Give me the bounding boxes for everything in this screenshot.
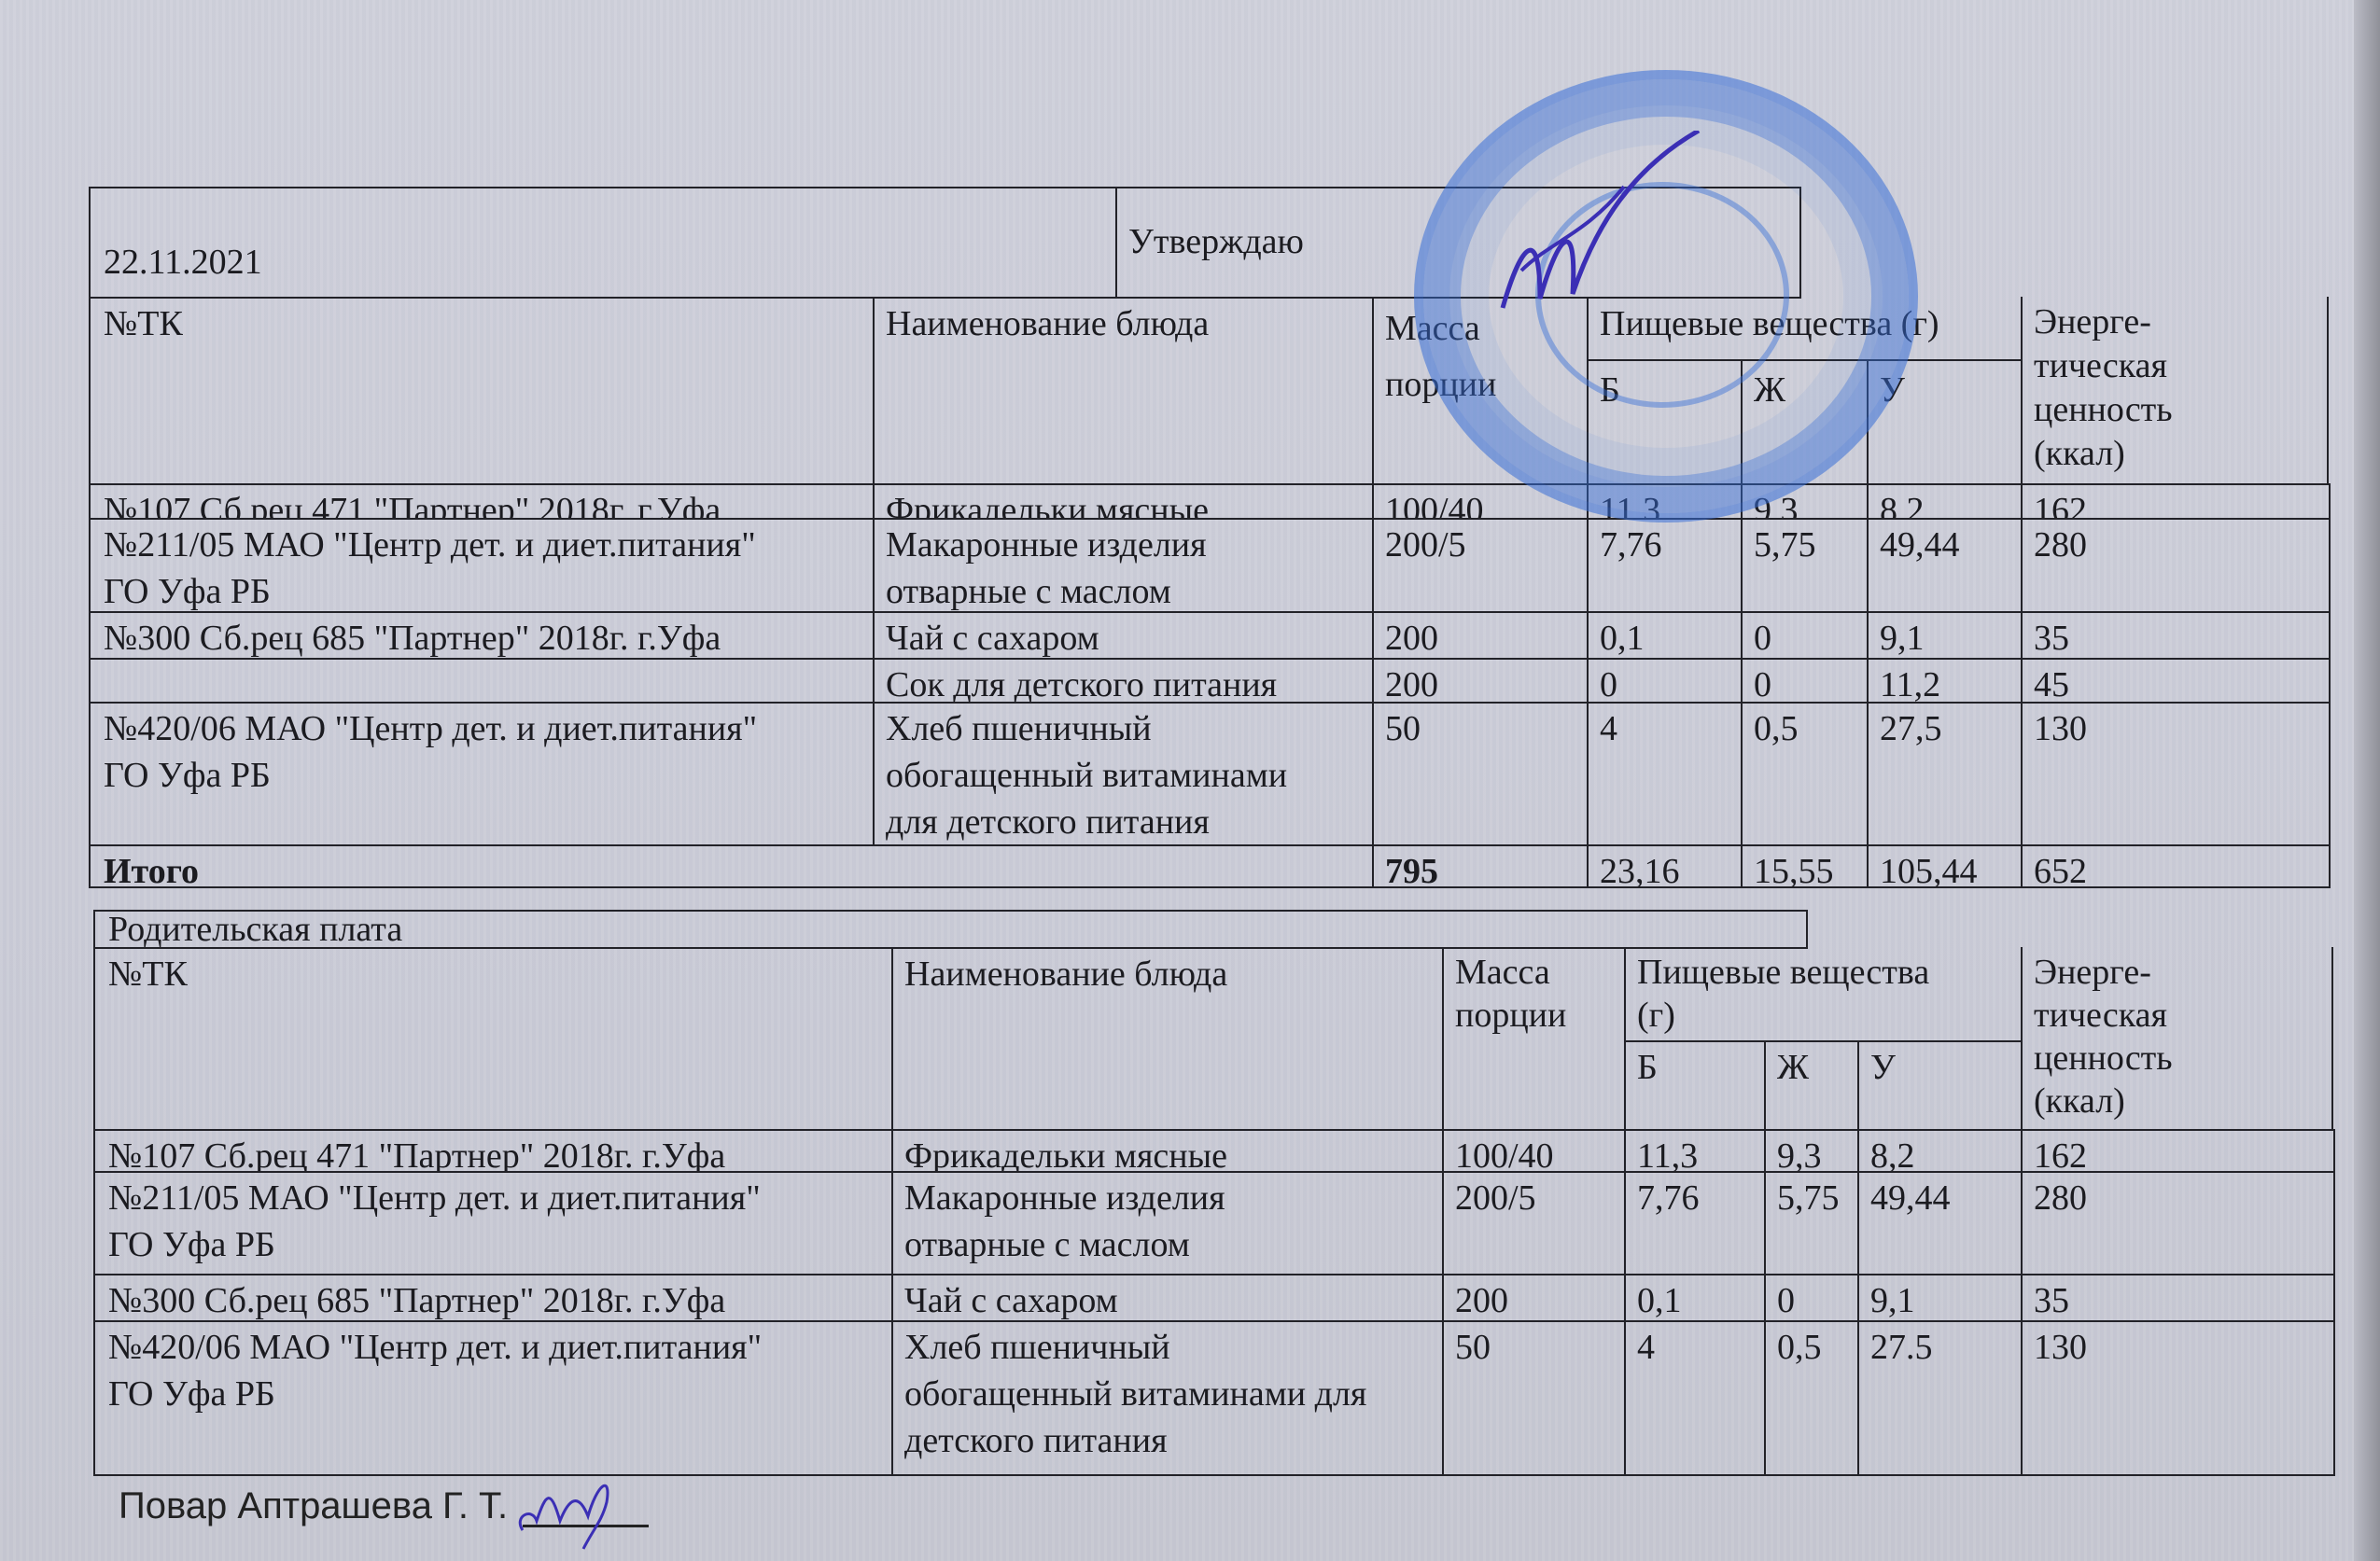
main-row-2-b: 0,1 [1587, 611, 1743, 660]
parent-row-2-energy: 35 [2021, 1274, 2335, 1322]
main-row-1-energy: 280 [2021, 518, 2331, 613]
parent-col-header-mass: Масса порции [1442, 947, 1626, 1131]
main-row-4-energy: 130 [2021, 702, 2331, 846]
parent-row-2-b: 0,1 [1624, 1274, 1766, 1322]
parent-col-header-dish: Наименование блюда [891, 947, 1444, 1131]
parent-row-3-tk: №420/06 МАО "Центр дет. и диет.питания" … [93, 1320, 893, 1476]
main-row-1-u: 49,44 [1867, 518, 2023, 613]
main-row-0-energy: 162 [2021, 483, 2331, 520]
parent-row-1-zh: 5,75 [1764, 1171, 1859, 1275]
parent-row-1-tk: №211/05 МАО "Центр дет. и диет.питания" … [93, 1171, 893, 1275]
scan-edge [2354, 0, 2380, 1561]
main-row-3-b: 0 [1587, 658, 1743, 704]
main-row-3-zh: 0 [1741, 658, 1869, 704]
main-row-4-tk: №420/06 МАО "Центр дет. и диет.питания" … [89, 702, 875, 846]
main-row-2-u: 9,1 [1867, 611, 2023, 660]
main-row-2-mass: 200 [1372, 611, 1589, 660]
parent-row-3-u: 27.5 [1857, 1320, 2023, 1476]
col-header-zh: Ж [1741, 359, 1869, 485]
parent-row-1-b: 7,76 [1624, 1171, 1766, 1275]
approval-cell: Утверждаю Директор МБОУ СОШ д. Кунгак Ша… [1115, 187, 1801, 299]
parent-row-0-u: 8,2 [1857, 1129, 2023, 1173]
main-row-3-mass: 200 [1372, 658, 1589, 704]
parent-col-header-b: Б [1624, 1040, 1766, 1131]
main-row-3-energy: 45 [2021, 658, 2331, 704]
header-date-cell: 22.11.2021 Начальные Классы, ММС [89, 187, 1117, 299]
main-row-4-dish: Хлеб пшеничный обогащенный витаминами дл… [873, 702, 1374, 846]
parent-row-3-b: 4 [1624, 1320, 1766, 1476]
main-row-2-dish: Чай с сахаром [873, 611, 1374, 660]
main-row-2-zh: 0 [1741, 611, 1869, 660]
main-row-4-zh: 0,5 [1741, 702, 1869, 846]
cook-signature-line: Повар Аптрашева Г. Т. [119, 1485, 508, 1527]
parent-col-header-nutrients: Пищевые вещества (г) [1624, 947, 2023, 1042]
main-row-4-b: 4 [1587, 702, 1743, 846]
main-row-0-u: 8,2 [1867, 483, 2023, 520]
main-row-4-u: 27,5 [1867, 702, 2023, 846]
parent-row-0-tk: №107 Сб.рец 471 "Партнер" 2018г. г.Уфа [93, 1129, 893, 1173]
parent-payment-title: Родительская плата [93, 910, 1808, 949]
main-row-3-u: 11,2 [1867, 658, 2023, 704]
parent-col-header-u: У [1857, 1040, 2023, 1131]
total-zh: 15,55 [1741, 844, 1869, 888]
main-row-1-zh: 5,75 [1741, 518, 1869, 613]
parent-row-3-energy: 130 [2021, 1320, 2335, 1476]
main-row-0-mass: 100/40 [1372, 483, 1589, 520]
signature-underline [523, 1525, 649, 1527]
col-header-tk: №ТК [89, 297, 875, 485]
main-row-3-dish: Сок для детского питания [873, 658, 1374, 704]
main-row-2-energy: 35 [2021, 611, 2331, 660]
parent-row-0-dish: Фрикадельки мясные [891, 1129, 1444, 1173]
parent-row-0-mass: 100/40 [1442, 1129, 1626, 1173]
main-row-0-tk: №107 Сб.рец 471 "Партнер" 2018г. г.Уфа [89, 483, 875, 520]
col-header-dish: Наименование блюда [873, 297, 1374, 485]
parent-col-header-zh: Ж [1764, 1040, 1859, 1131]
col-header-mass: Масса порции [1372, 297, 1589, 485]
main-row-1-tk: №211/05 МАО "Центр дет. и диет.питания" … [89, 518, 875, 613]
col-header-energy: Энерге- тическая ценность (ккал) [2021, 297, 2329, 485]
parent-row-1-mass: 200/5 [1442, 1171, 1626, 1275]
parent-row-2-zh: 0 [1764, 1274, 1859, 1322]
parent-row-1-energy: 280 [2021, 1171, 2335, 1275]
parent-row-0-zh: 9,3 [1764, 1129, 1859, 1173]
main-row-1-mass: 200/5 [1372, 518, 1589, 613]
main-row-0-dish: Фрикадельки мясные [873, 483, 1374, 520]
parent-row-3-mass: 50 [1442, 1320, 1626, 1476]
parent-row-2-mass: 200 [1442, 1274, 1626, 1322]
menu-date: 22.11.2021 [104, 239, 1102, 286]
parent-col-header-tk: №ТК [93, 947, 893, 1131]
main-row-1-dish: Макаронные изделия отварные с маслом [873, 518, 1374, 613]
parent-row-0-energy: 162 [2021, 1129, 2335, 1173]
main-row-1-b: 7,76 [1587, 518, 1743, 613]
total-u: 105,44 [1867, 844, 2023, 888]
main-row-0-b: 11,3 [1587, 483, 1743, 520]
parent-row-3-zh: 0,5 [1764, 1320, 1859, 1476]
main-row-2-tk: №300 Сб.рец 685 "Партнер" 2018г. г.Уфа [89, 611, 875, 660]
parent-row-1-dish: Макаронные изделия отварные с маслом [891, 1171, 1444, 1275]
main-row-4-mass: 50 [1372, 702, 1589, 846]
approval-title: Утверждаю [1128, 225, 1786, 259]
col-header-b: Б [1587, 359, 1743, 485]
parent-col-header-energy: Энерге- тическая ценность (ккал) [2021, 947, 2333, 1131]
total-label: Итого [89, 844, 1374, 888]
parent-row-0-b: 11,3 [1624, 1129, 1766, 1173]
main-row-0-zh: 9,3 [1741, 483, 1869, 520]
col-header-nutrients: Пищевые вещества (г) [1587, 297, 2023, 361]
parent-row-2-dish: Чай с сахаром [891, 1274, 1444, 1322]
parent-row-3-dish: Хлеб пшеничный обогащенный витаминами дл… [891, 1320, 1444, 1476]
col-header-u: У [1867, 359, 2023, 485]
total-mass: 795 [1372, 844, 1589, 888]
parent-row-2-u: 9,1 [1857, 1274, 2023, 1322]
total-energy: 652 [2021, 844, 2331, 888]
total-b: 23,16 [1587, 844, 1743, 888]
parent-row-1-u: 49,44 [1857, 1171, 2023, 1275]
main-row-3-tk [89, 658, 875, 704]
parent-row-2-tk: №300 Сб.рец 685 "Партнер" 2018г. г.Уфа [93, 1274, 893, 1322]
